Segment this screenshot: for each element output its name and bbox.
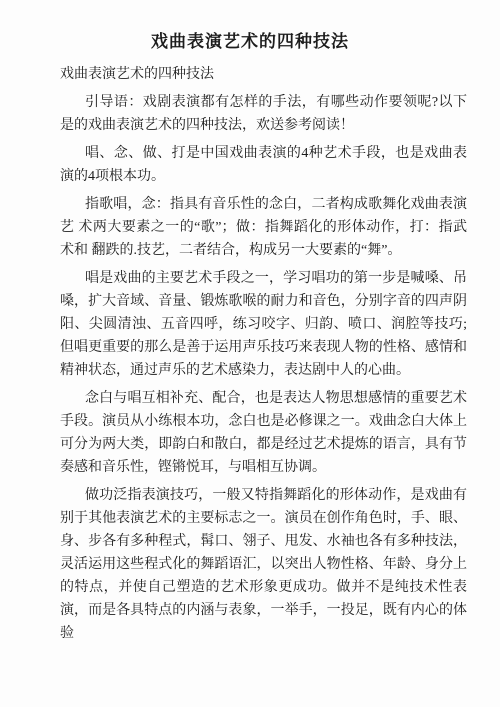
paragraph-four-skills-overview: 唱、念、做、打是中国戏曲表演的4种艺术手段，也是戏曲表演的4项根本功。 — [60, 142, 467, 188]
document-subtitle: 戏曲表演艺术的四种技法 — [60, 63, 467, 86]
paragraph-intro: 引导语：戏剧表演都有怎样的手法，有哪些动作要领呢?以下是的戏曲表演艺术的四种技法… — [60, 91, 467, 137]
paragraph-sing-recite-definition: 指歌唱，念：指具有音乐性的念白，二者构成歌舞化戏曲表演艺 术两大要素之一的“歌”… — [60, 193, 467, 262]
paragraph-singing-technique: 唱是戏曲的主要艺术手段之一，学习唱功的第一步是喊嗓、吊嗓，扩大音域、音量、锻炼歌… — [60, 267, 467, 382]
document-page: 戏曲表演艺术的四种技法 戏曲表演艺术的四种技法 引导语：戏剧表演都有怎样的手法，… — [0, 0, 500, 707]
paragraph-acting-technique: 做功泛指表演技巧，一般又特指舞蹈化的形体动作，是戏曲有别于其他表演艺术的主要标志… — [60, 484, 467, 645]
document-title: 戏曲表演艺术的四种技法 — [0, 30, 500, 54]
paragraph-recitation-technique: 念白与唱互相补充、配合，也是表达人物思想感情的重要艺术手段。演员从小练根本功，念… — [60, 387, 467, 479]
